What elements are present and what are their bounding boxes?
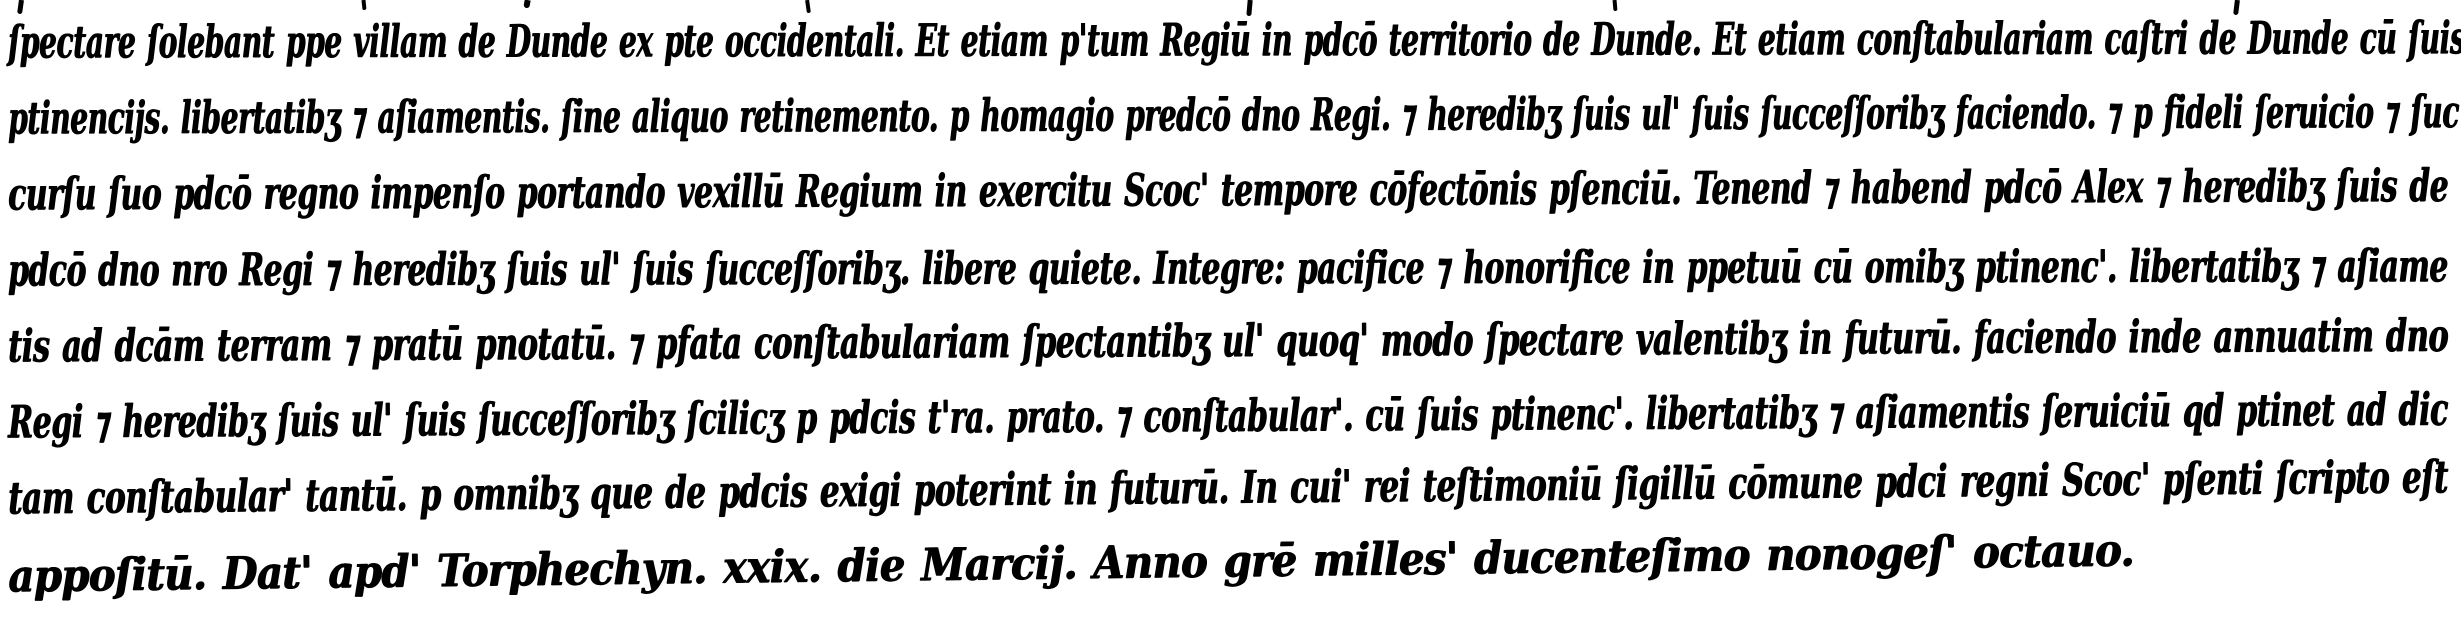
manuscript-line-6-text: Regi ⁊ heredibʒ ſuis ul' ſuis ſucceſſori…	[8, 383, 2448, 448]
manuscript-line-4: pdcō dno nro Regi ⁊ heredibʒ ſuis ul' ſu…	[8, 240, 2456, 297]
manuscript-line-1: ſpectare ſolebant ppe villam de Dunde ex…	[8, 12, 2456, 69]
ink-fragment	[523, 0, 530, 8]
manuscript-line-7: tam conſtabular' tantū. p omnibʒ que de …	[8, 451, 2456, 525]
manuscript-line-4-text: pdcō dno nro Regi ⁊ heredibʒ ſuis ul' ſu…	[8, 240, 2448, 297]
manuscript-line-2: ptinencijs. libertatibʒ ⁊ aſiamentis. ſi…	[8, 86, 2456, 145]
manuscript-line-8-text: appoſitū. Dat' apd' Torphechyn. xxix. di…	[8, 524, 2134, 603]
ink-fragment	[17, 0, 24, 14]
manuscript-line-5: tis ad dcām terram ⁊ pratū pnotatū. ⁊ pf…	[8, 309, 2456, 372]
ink-fragment	[361, 0, 366, 10]
manuscript-line-2-text: ptinencijs. libertatibʒ ⁊ aſiamentis. ſi…	[8, 86, 2459, 145]
manuscript-line-5-text: tis ad dcām terram ⁊ pratū pnotatū. ⁊ pf…	[8, 309, 2448, 372]
manuscript-line-3: curſu ſuo pdcō regno impenſo portando ve…	[8, 159, 2456, 220]
manuscript-line-7-text: tam conſtabular' tantū. p omnibʒ que de …	[8, 451, 2448, 525]
ink-fragment	[1613, 0, 1618, 11]
manuscript-line-1-text: ſpectare ſolebant ppe villam de Dunde ex…	[8, 12, 2461, 69]
manuscript-page: ſpectare ſolebant ppe villam de Dunde ex…	[0, 0, 2461, 640]
manuscript-line-6: Regi ⁊ heredibʒ ſuis ul' ſuis ſucceſſori…	[8, 383, 2456, 448]
ink-fragment	[805, 0, 811, 13]
manuscript-line-3-text: curſu ſuo pdcō regno impenſo portando ve…	[8, 159, 2448, 220]
manuscript-line-8: appoſitū. Dat' apd' Torphechyn. xxix. di…	[8, 520, 2456, 603]
